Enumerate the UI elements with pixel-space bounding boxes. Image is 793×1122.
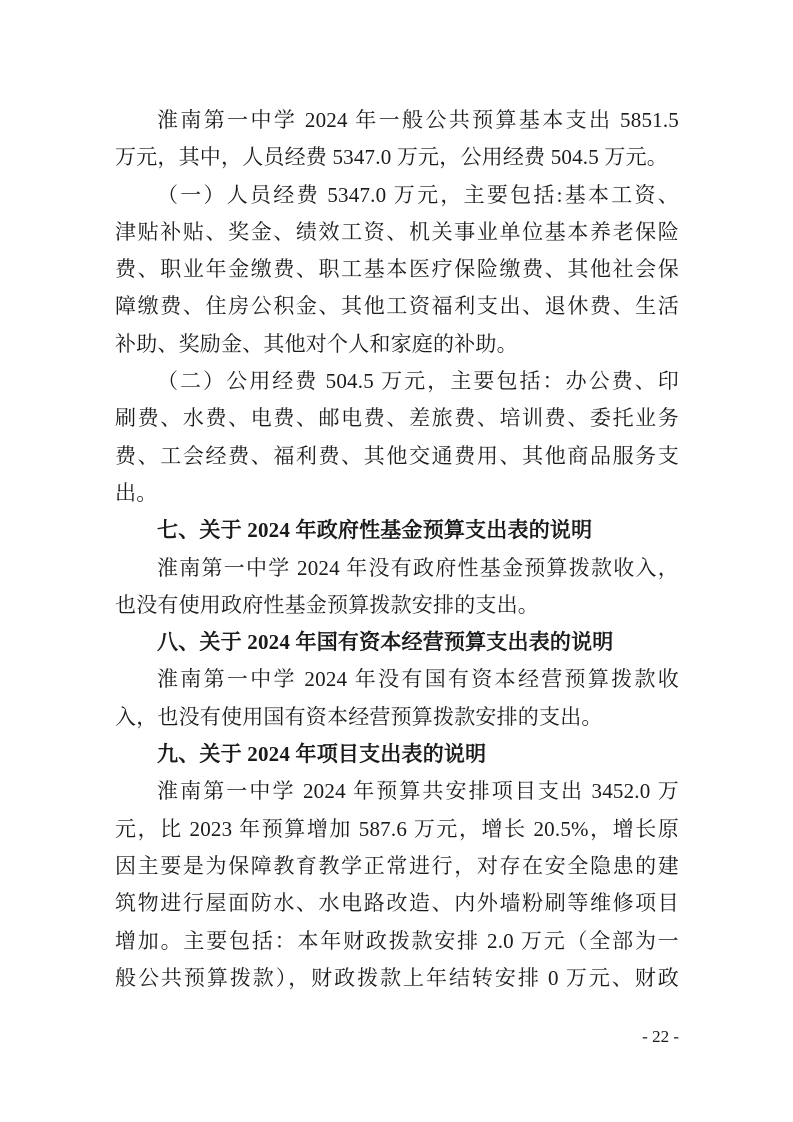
text-line: （一）人员经费 5347.0 万元，主要包括:基本工资、 <box>115 177 679 214</box>
text-line: 入，也没有使用国有资本经营预算拨款安排的支出。 <box>115 699 679 736</box>
text-line: 津贴补贴、奖金、绩效工资、机关事业单位基本养老保险 <box>115 214 679 251</box>
text-line: 费、职业年金缴费、职工基本医疗保险缴费、其他社会保 <box>115 251 679 288</box>
page-number: - 22 - <box>115 1026 679 1048</box>
text-line: （二）公用经费 504.5 万元，主要包括：办公费、印 <box>115 363 679 400</box>
text-line: 刷费、水费、电费、邮电费、差旅费、培训费、委托业务 <box>115 400 679 437</box>
section-heading: 九、关于 2024 年项目支出表的说明 <box>115 736 679 773</box>
text-line: 淮南第一中学 2024 年预算共安排项目支出 3452.0 万 <box>115 773 679 810</box>
document-body: 淮南第一中学 2024 年一般公共预算基本支出 5851.5万元，其中，人员经费… <box>115 102 679 997</box>
text-line: 筑物进行屋面防水、水电路改造、内外墙粉刷等维修项目 <box>115 885 679 922</box>
text-line: 出。 <box>115 475 679 512</box>
text-line: 因主要是为保障教育教学正常进行，对存在安全隐患的建 <box>115 848 679 885</box>
text-line: 淮南第一中学 2024 年一般公共预算基本支出 5851.5 <box>115 102 679 139</box>
section-heading: 七、关于 2024 年政府性基金预算支出表的说明 <box>115 512 679 549</box>
text-line: 淮南第一中学 2024 年没有政府性基金预算拨款收入， <box>115 550 679 587</box>
text-line: 增加。主要包括：本年财政拨款安排 2.0 万元（全部为一 <box>115 923 679 960</box>
text-line: 般公共预算拨款），财政拨款上年结转安排 0 万元、财政 <box>115 960 679 997</box>
text-line: 补助、奖励金、其他对个人和家庭的补助。 <box>115 326 679 363</box>
section-heading: 八、关于 2024 年国有资本经营预算支出表的说明 <box>115 624 679 661</box>
text-line: 费、工会经费、福利费、其他交通费用、其他商品服务支 <box>115 438 679 475</box>
text-line: 淮南第一中学 2024 年没有国有资本经营预算拨款收 <box>115 661 679 698</box>
text-line: 障缴费、住房公积金、其他工资福利支出、退休费、生活 <box>115 288 679 325</box>
text-line: 也没有使用政府性基金预算拨款安排的支出。 <box>115 587 679 624</box>
text-line: 元，比 2023 年预算增加 587.6 万元，增长 20.5%，增长原 <box>115 811 679 848</box>
document-page: 淮南第一中学 2024 年一般公共预算基本支出 5851.5万元，其中，人员经费… <box>0 0 793 1122</box>
text-line: 万元，其中，人员经费 5347.0 万元，公用经费 504.5 万元。 <box>115 139 679 176</box>
